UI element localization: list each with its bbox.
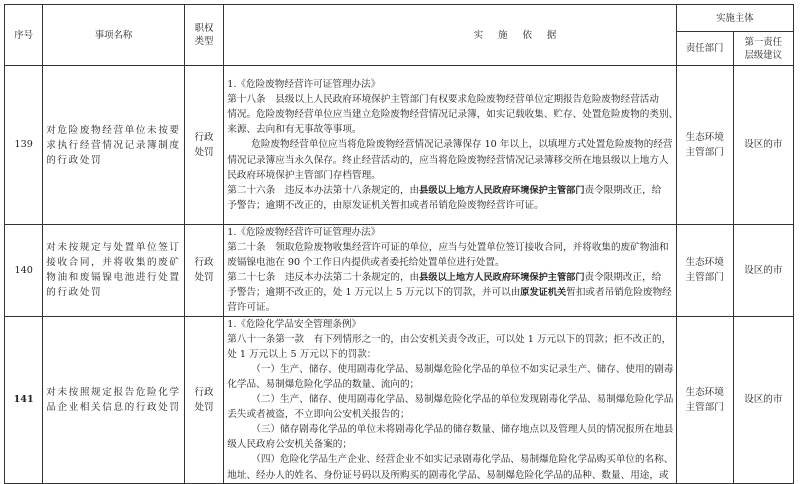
dept-line2: 主管部门 [686,272,724,283]
header-seq: 序号 [5,5,43,66]
row-power-type-line2: 处罚 [194,402,213,413]
basis-line: （三）储存剧毒化学品的单位未将剧毒化学品的储存数量、储存地点以及管理人员的情况报… [227,422,673,437]
administrative-penalty-table: 序号 事项名称 职权 类型 实 施 依 据 实施主体 责任部门 第一责任 层级建… [4,4,794,437]
row-power-type: 行政 处罚 [184,316,223,437]
basis-line: 第八十一条第一款 有下列情形之一的，由公安机关责令改正，可以处 1 万元以下的罚… [227,332,673,347]
basis-line: 1.《危险废物经营许可证管理办法》 [227,77,673,92]
row-power-type-line1: 行政 [194,257,213,268]
row-power-type: 行政 处罚 [184,225,223,317]
basis-line: 化学品、易制爆危险化学品的数量、流向的； [227,377,673,392]
basis-bold-authority: 县级以上地方人民政府环境保护主管部门 [419,185,584,196]
header-responsible-dept: 责任部门 [676,32,733,66]
basis-line: 予警告；逾期不改正的，处 1 万元以上 5 万元以下的罚款，并可以由原发证机关暂… [227,285,673,300]
header-row-1: 序号 事项名称 职权 类型 实 施 依 据 实施主体 [5,5,794,32]
row-first-level: 设区的市 [733,225,793,317]
row-power-type-line1: 行政 [194,132,213,143]
row-responsible-dept: 生态环境 主管部门 [676,66,733,225]
row-first-level: 设区的市 [733,66,793,225]
header-power-type-line1: 职权 [195,23,214,34]
row-item-name: 对危险废物经营单位未按要求执行经营情况记录簿制度的行政处罚 [43,66,185,225]
row-basis: 1.《危险废物经营许可证管理办法》 第十八条 县级以上人民政府环境保护主管部门有… [224,66,677,225]
row-item-name: 对未按规定与处置单位签订接收合同，并将收集的废矿物油和废镉镍电池进行处置的行政处… [43,225,185,317]
header-power-type: 职权 类型 [184,5,223,66]
basis-text: 暂扣或者吊销危险废物经 [566,287,672,298]
basis-line: 第十八条 县级以上人民政府环境保护主管部门有权要求危险废物经营单位定期报告危险废… [227,92,673,107]
dept-line1: 生态环境 [686,387,724,398]
row-power-type-line2: 处罚 [194,147,213,158]
basis-line: 丢失或者被盗，不立即向公安机关报告的； [227,407,673,422]
basis-bold-authority: 县级以上地方人民政府环境保护主管部门 [419,272,584,283]
basis-text: 予警告；逾期不改正的，处 1 万元以上 5 万元以下的罚款，并可以由 [227,287,520,298]
basis-line: 营许可证。 [227,300,673,315]
basis-line: 情况。危险废物经营单位应当建立危险废物经营情况记录簿，如实记载收集、贮存、处置危… [227,107,673,122]
basis-line: （二）生产、储存、使用剧毒化学品、易制爆危险化学品的单位发现剧毒化学品、易制爆危… [227,392,673,407]
basis-line: 民政府环境保护主管部门存档管理。 [227,168,673,183]
dept-line2: 主管部门 [686,402,724,413]
header-implementation-subject: 实施主体 [676,5,793,32]
row-responsible-dept: 生态环境 主管部门 [676,225,733,317]
basis-line: （一）生产、储存、使用剧毒化学品、易制爆危险化学品的单位不如实记录生产、储存、使… [227,362,673,377]
table-row: 139 对危险废物经营单位未按要求执行经营情况记录簿制度的行政处罚 行政 处罚 … [5,66,794,225]
row-first-level: 设区的市 [733,316,793,437]
basis-line: 第二十六条 违反本办法第十八条规定的，由县级以上地方人民政府环境保护主管部门责令… [227,183,673,198]
header-power-type-line2: 类型 [195,36,214,47]
row-seq: 139 [5,66,43,225]
header-first-level-line1: 第一责任 [745,37,783,48]
row-basis: 1.《危险化学品安全管理条例》 第八十一条第一款 有下列情形之一的，由公安机关责… [224,316,677,437]
basis-text: 责令限期改正，给 [585,185,662,196]
row-seq: 140 [5,225,43,317]
dept-line2: 主管部门 [686,147,724,158]
table-row: 141 对未按照规定报告危险化学品企业相关信息的行政处罚 行政 处罚 1.《危险… [5,316,794,437]
row-item-name: 对未按照规定报告危险化学品企业相关信息的行政处罚 [43,316,185,437]
basis-line: 情况记录簿应当永久保存。终止经营活动的，应当将危险废物经营情况记录簿移交所在地县… [227,153,673,168]
table-row: 140 对未按规定与处置单位签订接收合同，并将收集的废矿物油和废镉镍电池进行处置… [5,225,794,317]
row-power-type-line2: 处罚 [194,272,213,283]
basis-line: 第二十条 领取危险废物收集经营许可证的单位，应当与处置单位签订接收合同，并将收集… [227,240,673,255]
basis-text: 第二十七条 违反本办法第二十条规定的，由 [227,272,419,283]
basis-line: 危险废物经营单位应当将危险废物经营情况记录簿保存 10 年以上，以填埋方式处置危… [227,137,673,152]
row-power-type-line1: 行政 [194,387,213,398]
basis-line: 处 1 万元以上 5 万元以下的罚款： [227,347,673,362]
dept-line1: 生态环境 [686,132,724,143]
basis-line: 1.《危险废物经营许可证管理办法》 [227,225,673,240]
basis-text: 责令限期改正，给 [585,272,662,283]
dept-line1: 生态环境 [686,257,724,268]
header-item-name: 事项名称 [43,5,185,66]
row-power-type: 行政 处罚 [184,66,223,225]
basis-line: 予警告；逾期不改正的，由原发证机关暂扣或者吊销危险废物经营许可证。 [227,198,673,213]
header-implementation-basis: 实 施 依 据 [224,5,677,66]
header-first-level: 第一责任 层级建议 [733,32,793,66]
basis-line: 1.《危险化学品安全管理条例》 [227,317,673,332]
basis-line: 废镉镍电池在 90 个工作日内提供或者委托给处置单位进行处置。 [227,255,673,270]
basis-bold-authority: 原发证机关 [520,287,566,298]
basis-text: 第二十六条 违反本办法第十八条规定的，由 [227,185,419,196]
row-seq: 141 [5,316,43,437]
basis-line: 第二十七条 违反本办法第二十条规定的，由县级以上地方人民政府环境保护主管部门责令… [227,270,673,285]
basis-line: 来源、去向和有无事故等事项。 [227,122,673,137]
row-basis: 1.《危险废物经营许可证管理办法》 第二十条 领取危险废物收集经营许可证的单位，… [224,225,677,317]
header-first-level-line2: 层级建议 [745,50,783,61]
row-responsible-dept: 生态环境 主管部门 [676,316,733,437]
